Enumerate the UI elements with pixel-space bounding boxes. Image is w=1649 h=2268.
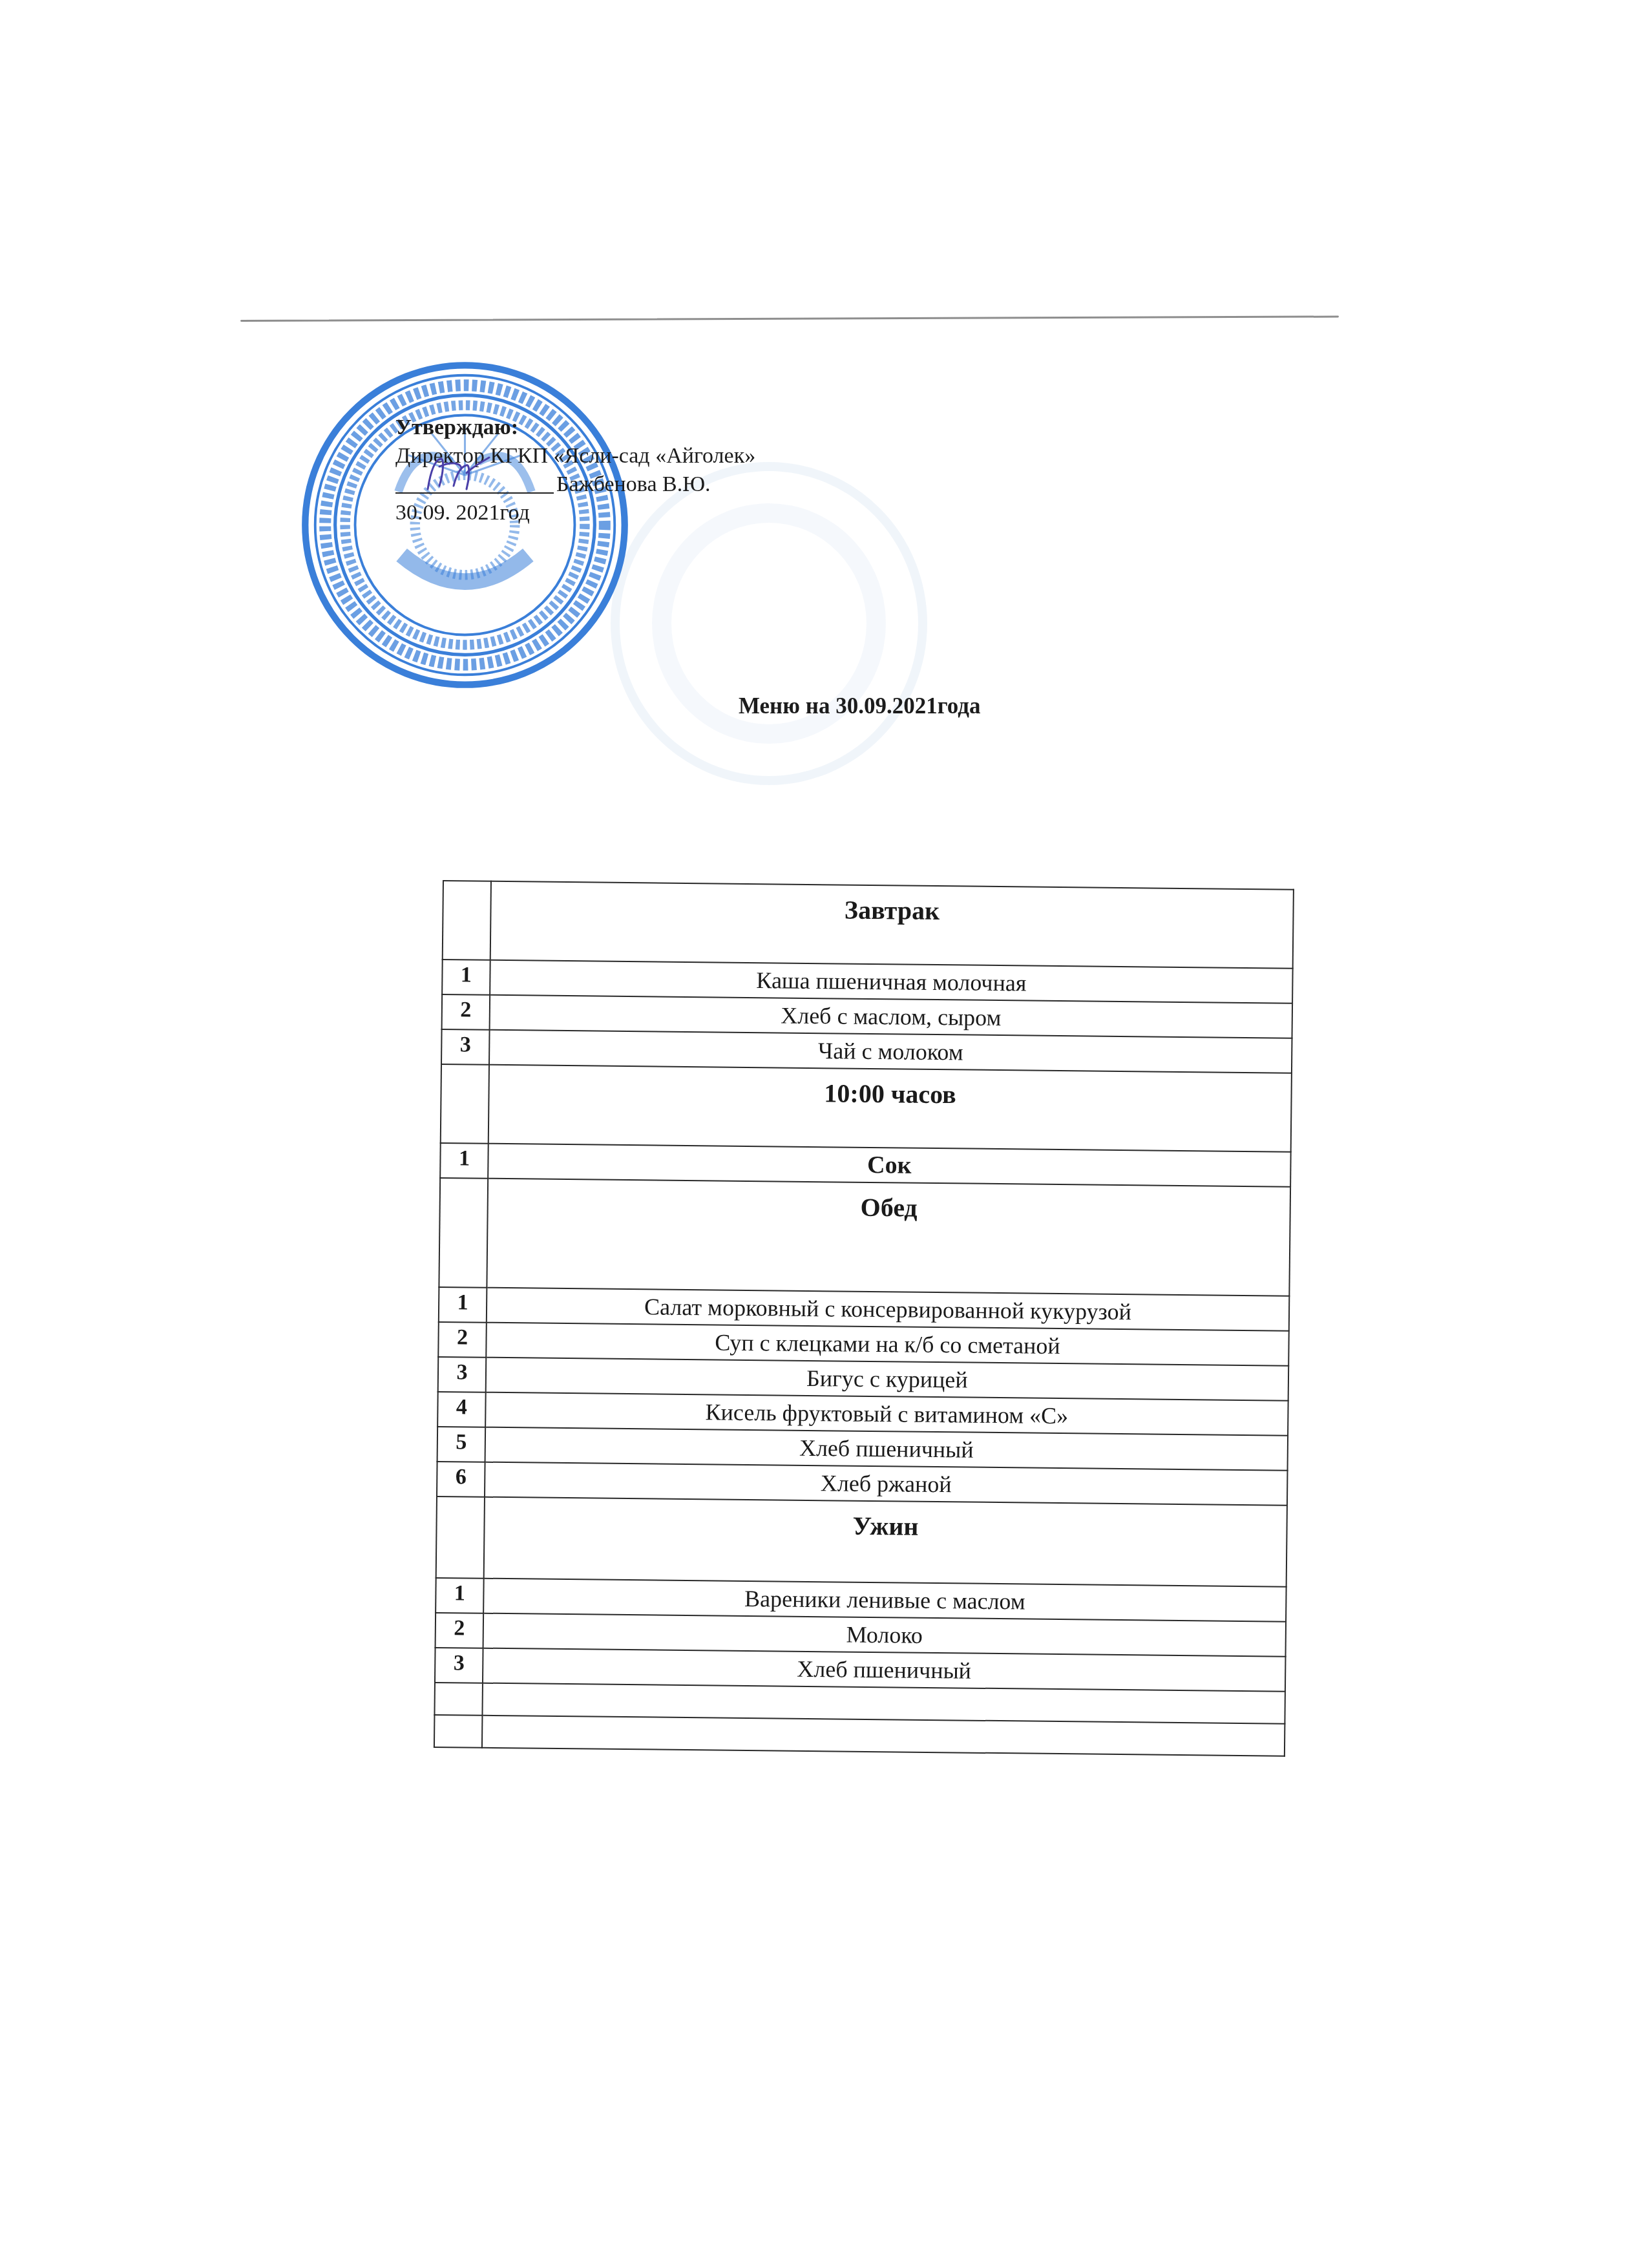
row-number: 1 — [440, 1143, 488, 1179]
row-number: 1 — [439, 1287, 487, 1323]
approval-date: 30.09. 2021год — [395, 499, 755, 527]
scan-edge-line — [240, 315, 1339, 322]
row-number-cell — [434, 1683, 483, 1716]
row-number: 4 — [437, 1392, 486, 1427]
row-number-cell — [436, 1496, 485, 1579]
section-header-row: Ужин — [436, 1496, 1287, 1587]
section-header-row: Обед — [439, 1178, 1290, 1296]
row-number-cell — [443, 881, 491, 960]
row-number: 6 — [437, 1462, 485, 1497]
row-number: 2 — [436, 1613, 484, 1648]
approval-title: Утверждаю: — [395, 414, 755, 442]
row-number-cell — [439, 1178, 488, 1288]
handwritten-signature-icon — [421, 454, 499, 499]
row-number: 1 — [436, 1578, 484, 1613]
signature-row: Бажбенова В.Ю. — [395, 470, 755, 499]
row-number: 3 — [438, 1357, 487, 1392]
section-title: 10:00 часов — [488, 1065, 1292, 1152]
row-number: 3 — [435, 1648, 483, 1683]
signatory-name: Бажбенова В.Ю. — [556, 472, 711, 496]
approval-block: Утверждаю: Директор КГКП «Ясли-сад «Айго… — [395, 414, 755, 527]
page-title: Меню на 30.09.2021года — [739, 693, 980, 719]
section-title: Обед — [487, 1179, 1290, 1296]
row-number-cell — [441, 1064, 489, 1144]
section-title: Завтрак — [490, 881, 1294, 969]
row-number: 2 — [438, 1322, 487, 1358]
row-number: 1 — [442, 960, 490, 995]
section-header-row: Завтрак — [443, 881, 1294, 969]
row-number: 2 — [442, 994, 490, 1030]
row-number-cell — [434, 1715, 483, 1748]
menu-table: Завтрак 1 Каша пшеничная молочная 2 Хлеб… — [434, 880, 1294, 1757]
section-title: Ужин — [484, 1497, 1287, 1587]
section-header-row: 10:00 часов — [441, 1064, 1292, 1152]
row-number: 5 — [437, 1427, 486, 1462]
row-number: 3 — [441, 1029, 490, 1065]
